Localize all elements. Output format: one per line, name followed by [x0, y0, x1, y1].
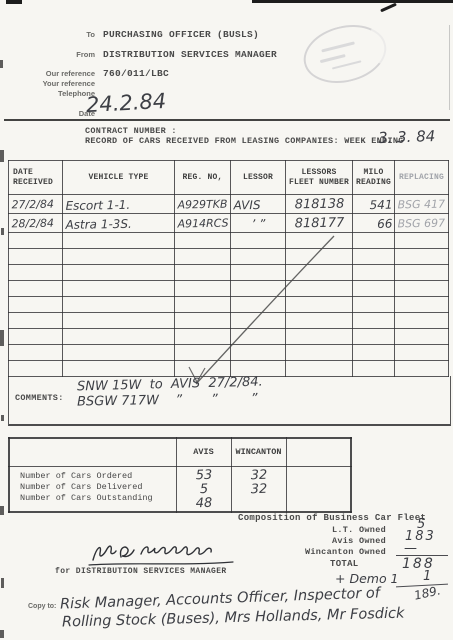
postmark-stamp	[297, 17, 392, 92]
cell-milo-reading: 66	[352, 213, 394, 233]
cell-lessor: AVIS	[230, 194, 285, 214]
contract-number-line: CONTRACT NUMBER :	[85, 126, 177, 136]
record-line: RECORD OF CARS RECEIVED FROM LEASING COM…	[85, 136, 404, 146]
cars-received-table: DATE RECEIVED VEHICLE TYPE REG. NO, LESS…	[8, 160, 449, 377]
col-header-lessor: LESSOR	[231, 161, 286, 195]
empty-table-row	[9, 265, 449, 281]
cars-summary-table: AVIS WINCANTON Number of Cars Ordered Nu…	[8, 437, 352, 513]
summary-label-delivered: Number of Cars Delivered	[10, 482, 176, 493]
summary-label-ordered: Number of Cars Ordered	[10, 467, 176, 482]
divider-rule	[4, 119, 450, 121]
scan-artifact	[449, 25, 450, 110]
telephone-label: Telephone	[5, 89, 95, 98]
cell-fleet-number: 818177	[285, 213, 352, 233]
empty-table-row	[9, 345, 449, 361]
table-row: 28/2/84 Astra 1-3S. A914RCS ’ ” 818177 6…	[9, 214, 449, 233]
fleet-composition-title: Composition of Business Car Fleet	[238, 513, 426, 523]
week-ending-handwritten: 3. 3. 84	[378, 127, 436, 147]
col-header-milo-reading: MILO READING	[353, 161, 395, 195]
table-row: 27/2/84 Escort 1-1. A929TKB AVIS 818138 …	[9, 195, 449, 214]
date-handwritten: 24.2.84	[85, 89, 166, 117]
scan-artifact	[1, 415, 4, 421]
scan-artifact	[0, 150, 4, 162]
scan-artifact	[0, 330, 4, 346]
cell-date-received: 27/2/84	[8, 194, 62, 214]
scanned-memo-page: To PURCHASING OFFICER (BUSLS) From DISTR…	[0, 0, 453, 640]
your-reference-label: Your reference	[5, 79, 95, 88]
from-label: From	[5, 50, 95, 59]
scan-artifact	[252, 0, 453, 3]
signature-scribble	[85, 538, 245, 570]
cell-vehicle-type: Astra 1-3S.	[62, 213, 174, 234]
avis-owned-label: Avis Owned	[238, 536, 386, 546]
scan-artifact	[0, 60, 3, 68]
lt-owned-label: L.T. Owned	[238, 525, 386, 535]
empty-table-row	[9, 361, 449, 377]
cell-date-received: 28/2/84	[8, 213, 62, 233]
copy-to-label: Copy to:	[28, 603, 56, 610]
col-header-reg-no: REG. NO,	[175, 161, 231, 195]
cell-replacing: BSG 697	[394, 213, 448, 233]
wincanton-outstanding: 32	[231, 482, 285, 498]
col-header-lessors-fleet-number: LESSORS FLEET NUMBER	[286, 161, 353, 195]
summary-label-outstanding: Number of Cars Outstanding	[10, 493, 176, 504]
scan-artifact	[1, 228, 4, 235]
to-value: PURCHASING OFFICER (BUSLS)	[103, 29, 259, 40]
cell-milo-reading: 541	[352, 194, 394, 214]
summary-blank-header	[9, 438, 176, 466]
to-label: To	[5, 30, 95, 39]
cell-replacing: BSG 417	[394, 194, 448, 214]
summary-blank-header	[286, 438, 351, 466]
summary-row-labels: Number of Cars Ordered Number of Cars De…	[9, 466, 176, 512]
date-label: Date	[5, 109, 95, 118]
empty-table-row	[9, 329, 449, 345]
col-header-date-received: DATE RECEIVED	[9, 161, 63, 195]
avis-ordered: 53	[176, 466, 231, 484]
empty-table-row	[9, 233, 449, 249]
our-reference-label: Our reference	[5, 69, 95, 78]
wincanton-ordered: 32	[231, 466, 286, 484]
pen-mark	[380, 3, 397, 13]
demo-value: 1	[423, 569, 431, 584]
empty-table-row	[9, 249, 449, 265]
summary-header-wincanton: WINCANTON	[231, 438, 286, 466]
scan-artifact	[0, 506, 4, 515]
signature-for-line: for DISTRIBUTION SERVICES MANAGER	[55, 567, 227, 576]
empty-table-row	[9, 297, 449, 313]
summary-header-avis: AVIS	[176, 438, 231, 466]
comments-line-2: BSGW 717W ” ” ”	[77, 391, 258, 409]
wincanton-owned-label: Wincanton Owned	[238, 547, 386, 557]
wincanton-owned-value: —	[404, 541, 417, 556]
col-header-vehicle-type: VEHICLE TYPE	[63, 161, 175, 195]
demo-label-handwritten: + Demo 1	[335, 571, 399, 586]
summary-blank-cell	[286, 466, 351, 512]
from-value: DISTRIBUTION SERVICES MANAGER	[103, 49, 277, 60]
comments-label: COMMENTS:	[15, 393, 64, 403]
empty-table-row	[9, 313, 449, 329]
cell-reg-no: A914RCS	[174, 213, 230, 233]
summary-wincanton-values: 32 32	[231, 466, 286, 512]
comments-section: COMMENTS: SNW 15W to AVIS 27/2/84. BSGW …	[8, 376, 451, 426]
scan-artifact	[0, 630, 4, 638]
our-reference-value: 760/011/LBC	[103, 68, 169, 79]
total-label: TOTAL	[330, 559, 359, 569]
summary-avis-values: 53 5 48	[176, 466, 231, 512]
cell-reg-no: A929TKB	[174, 194, 230, 214]
avis-outstanding: 48	[176, 496, 230, 512]
cell-vehicle-type: Escort 1-1.	[62, 194, 174, 215]
empty-table-row	[9, 281, 449, 297]
scan-artifact	[1, 578, 4, 588]
cell-fleet-number: 818138	[285, 194, 352, 214]
scan-artifact	[6, 0, 22, 4]
cell-lessor-ditto: ’ ”	[230, 213, 285, 233]
col-header-replacing: REPLACING	[395, 161, 449, 195]
